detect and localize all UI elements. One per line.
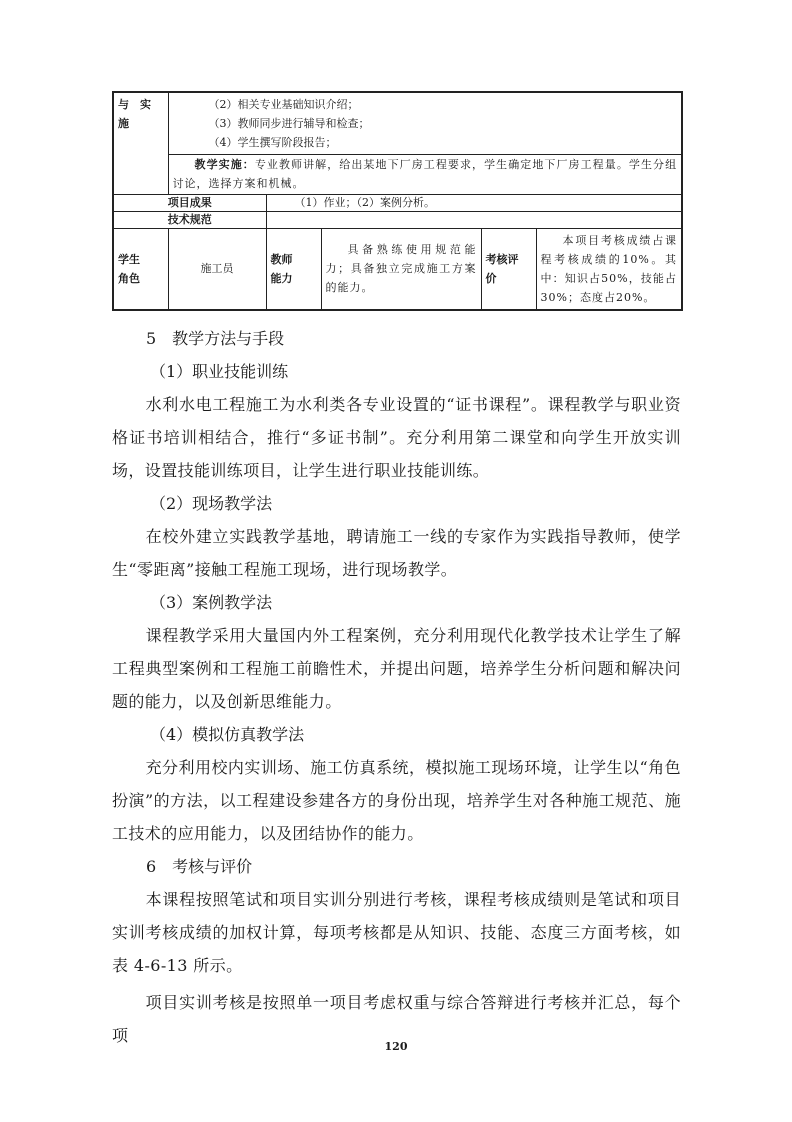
assessment-label: 考核评 价: [481, 228, 536, 310]
outcome-label: 项目成果: [113, 194, 266, 211]
steps-cell: （2）相关专业基础知识介绍； （3）教师同步进行辅导和检查； （4）学生撰写阶段…: [168, 92, 682, 154]
step-item: （2）相关专业基础知识介绍；: [173, 95, 678, 114]
tech-spec-value: [266, 211, 682, 228]
subheading-4: （4）模拟仿真教学法: [112, 718, 681, 751]
outcome-value: （1）作业；（2）案例分析。: [266, 194, 682, 211]
paragraph-4: 充分利用校内实训场、施工仿真系统，模拟施工现场环境，让学生以“角色扮演”的方法，…: [112, 751, 681, 850]
student-role-value: 施工员: [168, 228, 266, 310]
page-number: 120: [0, 1040, 792, 1053]
student-role-label-line2: 角色: [118, 269, 164, 288]
step-item: （3）教师同步进行辅导和检查；: [173, 114, 678, 133]
assessment-value: 本项目考核成绩占课程考核成绩的10%。其中：知识占50%，技能占30%；态度占2…: [536, 228, 682, 310]
teacher-ability-value: 具备熟练使用规范能力；具备独立完成施工方案的能力。: [321, 228, 481, 310]
body-content: 5 教学方法与手段 （1）职业技能训练 水利水电工程施工为水利类各专业设置的“证…: [112, 322, 681, 1052]
paragraph-3: 课程教学采用大量国内外工程案例，充分利用现代化教学技术让学生了解工程典型案例和工…: [112, 619, 681, 718]
student-role-label-line1: 学生: [118, 250, 164, 269]
section-label-line2: 施: [118, 114, 164, 133]
subheading-1: （1）职业技能训练: [112, 355, 681, 388]
assessment-label-line2: 价: [486, 269, 532, 288]
teacher-ability-label-line1: 教师: [271, 250, 317, 269]
assessment-text: 本项目考核成绩占课程考核成绩的10%。其中：知识占50%，技能占30%；态度占2…: [541, 231, 678, 307]
paragraph-2: 在校外建立实践教学基地，聘请施工一线的专家作为实践指导教师，使学生“零距离”接触…: [112, 520, 681, 586]
subheading-2: （2）现场教学法: [112, 487, 681, 520]
student-role-label: 学生 角色: [113, 228, 168, 310]
implementation-label: 教学实施：: [195, 158, 255, 171]
teacher-ability-text: 具备熟练使用规范能力；具备独立完成施工方案的能力。: [326, 240, 477, 297]
subheading-3: （3）案例教学法: [112, 586, 681, 619]
paragraph-5: 本课程按照笔试和项目实训分别进行考核，课程考核成绩则是笔试和项目实训考核成绩的加…: [112, 883, 681, 982]
teacher-ability-label: 教师 能力: [266, 228, 321, 310]
implementation-cell: 教学实施：专业教师讲解，给出某地下厂房工程要求，学生确定地下厂房工程量。学生分组…: [168, 154, 682, 194]
teacher-ability-label-line2: 能力: [271, 269, 317, 288]
tech-spec-label: 技术规范: [113, 211, 266, 228]
paragraph-1: 水利水电工程施工为水利类各专业设置的“证书课程”。课程教学与职业资格证书培训相结…: [112, 388, 681, 487]
section-heading-6: 6 考核与评价: [112, 850, 681, 883]
assessment-label-line1: 考核评: [486, 250, 532, 269]
section-label-cell: 与 实 施: [113, 92, 168, 194]
section-label-line1: 与 实: [118, 95, 164, 114]
step-item: （4）学生撰写阶段报告；: [173, 133, 678, 152]
section-heading-5: 5 教学方法与手段: [112, 322, 681, 355]
project-info-table: 与 实 施 （2）相关专业基础知识介绍； （3）教师同步进行辅导和检查； （4）…: [112, 91, 683, 311]
